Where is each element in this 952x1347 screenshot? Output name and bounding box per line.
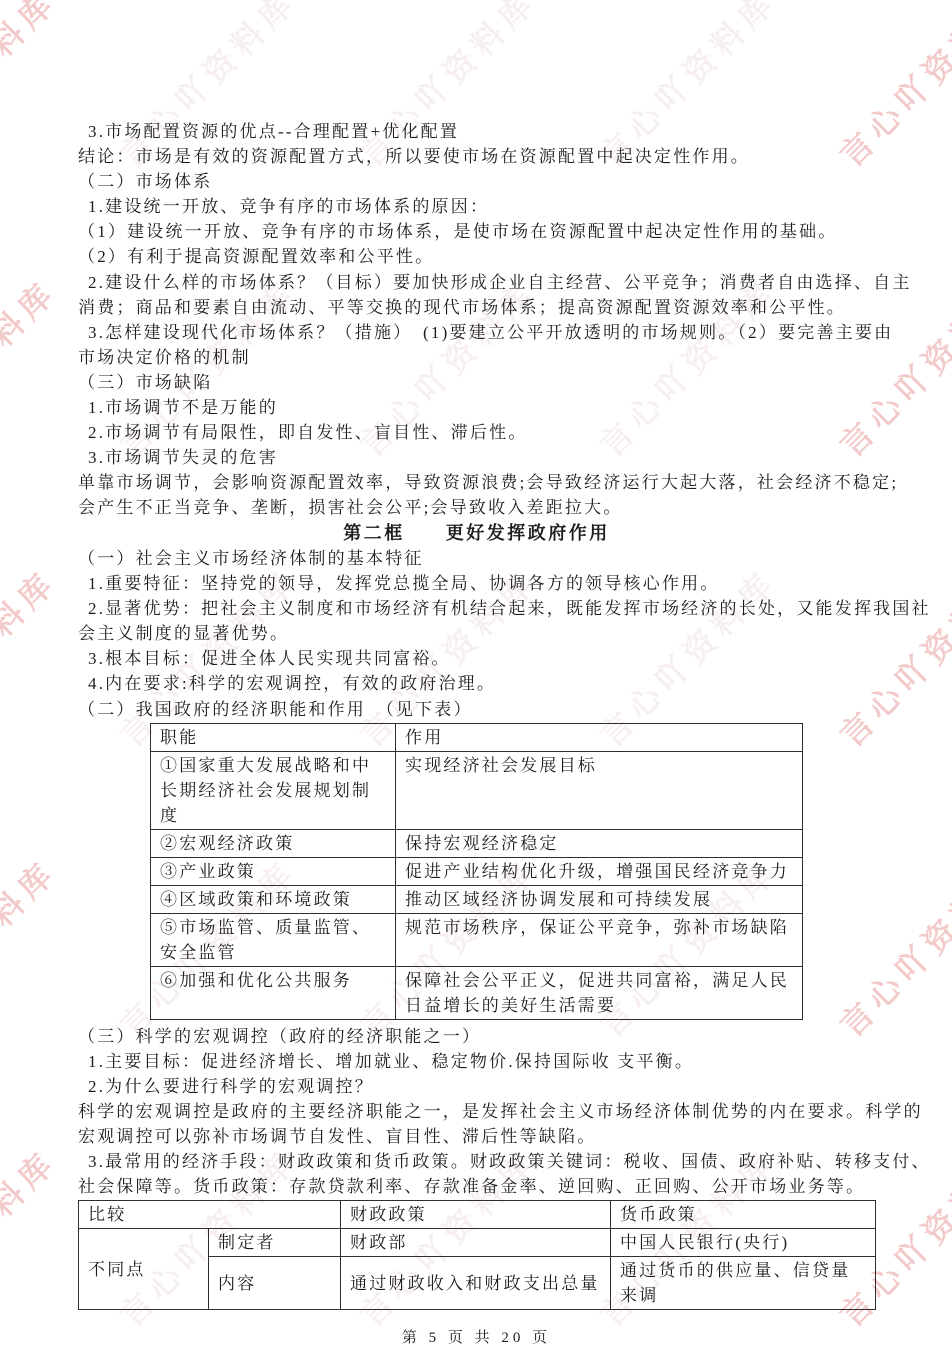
text-line: 1.建设统一开放、竞争有序的市场体系的原因： xyxy=(78,194,875,219)
table-row: ④区域政策和环境政策 推动区域经济协调发展和可持续发展 xyxy=(151,885,803,913)
text-line: 消费；商品和要素自由流动、平等交换的现代市场体系；提高资源配置资源效率和公平性。 xyxy=(78,295,875,320)
table-cell: 财政部 xyxy=(341,1229,611,1257)
table-cell: 促进产业结构优化升级，增强国民经济竞争力 xyxy=(396,857,803,885)
page-number: 第 5 页 共 20 页 xyxy=(78,1326,875,1347)
watermark-text: 言心吖资料库 xyxy=(0,558,66,756)
table-cell: ⑤市场监管、质量监管、安全监管 xyxy=(151,913,396,966)
text-line: 2.建设什么样的市场体系？（目标）要加快形成企业自主经营、公平竞争；消费者自由选… xyxy=(78,270,875,295)
watermark-text: 言心吖资料库 xyxy=(0,1138,66,1336)
gov-functions-table: 职能 作用 ①国家重大发展战略和中长期经济社会发展规划制度 实现经济社会发展目标… xyxy=(150,723,803,1020)
text-line: 市场决定价格的机制 xyxy=(78,345,875,370)
text-line: 单靠市场调节，会影响资源配置效率，导致资源浪费;会导致经济运行大起大落，社会经济… xyxy=(78,470,875,495)
table-cell: 制定者 xyxy=(209,1229,341,1257)
text-line: 宏观调控可以弥补市场调节自发性、盲目性、滞后性等缺陷。 xyxy=(78,1124,875,1149)
table-row: 比较 财政政策 货币政策 xyxy=(79,1201,876,1229)
text-line: （一）社会主义市场经济体制的基本特征 xyxy=(78,546,875,571)
section-heading-frame2: 第二框 更好发挥政府作用 xyxy=(78,521,875,547)
section-government-role: （一）社会主义市场经济体制的基本特征 1.重要特征：坚持党的领导，发挥党总揽全局… xyxy=(78,546,875,722)
section-macro-regulation: （三）科学的宏观调控（政府的经济职能之一） 1.主要目标：促进经济增长、增加就业… xyxy=(78,1024,875,1200)
table-cell: 中国人民银行(央行) xyxy=(611,1229,876,1257)
text-line: 科学的宏观调控是政府的主要经济职能之一，是发挥社会主义市场经济体制优势的内在要求… xyxy=(78,1099,875,1124)
text-line: （1）建设统一开放、竞争有序的市场体系，是使市场在资源配置中起决定性作用的基础。 xyxy=(78,219,875,244)
text-line: （二）市场体系 xyxy=(78,169,875,194)
text-line: 2.为什么要进行科学的宏观调控？ xyxy=(78,1074,875,1099)
text-line: 4.内在要求:科学的宏观调控，有效的政府治理。 xyxy=(78,671,875,696)
text-line: 结论：市场是有效的资源配置方式，所以要使市场在资源配置中起决定性作用。 xyxy=(78,144,875,169)
document-page: 言心吖资料库言心吖资料库言心吖资料库言心吖资料库言心吖资料库言心吖资料库言心吖资… xyxy=(0,0,952,1347)
table-cell: 规范市场秩序，保证公平竞争，弥补市场缺陷 xyxy=(396,913,803,966)
table-cell: 保持宏观经济稳定 xyxy=(396,829,803,857)
table-row: ②宏观经济政策 保持宏观经济稳定 xyxy=(151,829,803,857)
table-cell: 通过货币的供应量、信贷量来调 xyxy=(611,1257,876,1310)
table-cell: 内容 xyxy=(209,1257,341,1310)
table-cell: ①国家重大发展战略和中长期经济社会发展规划制度 xyxy=(151,751,396,829)
table-row: ③产业政策 促进产业结构优化升级，增强国民经济竞争力 xyxy=(151,857,803,885)
text-line: 2.市场调节有局限性，即自发性、盲目性、滞后性。 xyxy=(78,420,875,445)
text-line: 3.怎样建设现代化市场体系？（措施） (1)要建立公平开放透明的市场规则。（2）… xyxy=(78,320,875,345)
text-line: 3.市场调节失灵的危害 xyxy=(78,445,875,470)
table-cell: ②宏观经济政策 xyxy=(151,829,396,857)
table-cell: 不同点 xyxy=(79,1229,209,1310)
text-line: （二）我国政府的经济职能和作用 （见下表） xyxy=(78,697,875,722)
text-line: （三）市场缺陷 xyxy=(78,370,875,395)
table-cell: 作用 xyxy=(396,723,803,751)
text-line: 社会保障等。货币政策：存款贷款利率、存款准备金率、逆回购、正回购、公开市场业务等… xyxy=(78,1174,875,1199)
text-line: （2）有利于提高资源配置效率和公平性。 xyxy=(78,244,875,269)
text-line: 1.重要特征：坚持党的领导，发挥党总揽全局、协调各方的领导核心作用。 xyxy=(78,571,875,596)
table-row: 职能 作用 xyxy=(151,723,803,751)
text-line: （三）科学的宏观调控（政府的经济职能之一） xyxy=(78,1024,875,1049)
table-cell: 职能 xyxy=(151,723,396,751)
watermark-text: 言心吖资料库 xyxy=(0,268,66,466)
watermark-text: 言心吖资料库 xyxy=(0,848,66,1046)
section-market-allocation: 3.市场配置资源的优点--合理配置+优化配置 结论：市场是有效的资源配置方式，所… xyxy=(78,119,875,521)
text-line: 会主义制度的显著优势。 xyxy=(78,621,875,646)
table-cell: 通过财政收入和财政支出总量 xyxy=(341,1257,611,1310)
table-cell: ④区域政策和环境政策 xyxy=(151,885,396,913)
table-cell: 实现经济社会发展目标 xyxy=(396,751,803,829)
table-cell: ③产业政策 xyxy=(151,857,396,885)
text-line: 3.市场配置资源的优点--合理配置+优化配置 xyxy=(78,119,875,144)
text-line: 3.根本目标：促进全体人民实现共同富裕。 xyxy=(78,646,875,671)
text-line: 会产生不正当竞争、垄断，损害社会公平;会导致收入差距拉大。 xyxy=(78,495,875,520)
text-line: 1.主要目标：促进经济增长、增加就业、稳定物价.保持国际收 支平衡。 xyxy=(78,1049,875,1074)
watermark-text: 言心吖资料库 xyxy=(0,0,66,176)
text-line: 3.最常用的经济手段：财政政策和货币政策。财政政策关键词：税收、国债、政府补贴、… xyxy=(78,1149,875,1174)
table-row: ⑥加强和优化公共服务 保障社会公平正义，促进共同富裕，满足人民日益增长的美好生活… xyxy=(151,966,803,1019)
table-cell: 比较 xyxy=(79,1201,341,1229)
table-cell: 推动区域经济协调发展和可持续发展 xyxy=(396,885,803,913)
text-line: 1.市场调节不是万能的 xyxy=(78,395,875,420)
table-row: ①国家重大发展战略和中长期经济社会发展规划制度 实现经济社会发展目标 xyxy=(151,751,803,829)
table-row: ⑤市场监管、质量监管、安全监管 规范市场秩序，保证公平竞争，弥补市场缺陷 xyxy=(151,913,803,966)
document-content: 3.市场配置资源的优点--合理配置+优化配置 结论：市场是有效的资源配置方式，所… xyxy=(78,119,875,1347)
policy-compare-table: 比较 财政政策 货币政策 不同点 制定者 财政部 中国人民银行(央行) 内容 通… xyxy=(78,1200,876,1310)
table-cell: 货币政策 xyxy=(611,1201,876,1229)
table-cell: 保障社会公平正义，促进共同富裕，满足人民日益增长的美好生活需要 xyxy=(396,966,803,1019)
table-cell: ⑥加强和优化公共服务 xyxy=(151,966,396,1019)
text-line: 2.显著优势：把社会主义制度和市场经济有机结合起来，既能发挥市场经济的长处，又能… xyxy=(78,596,875,621)
table-cell: 财政政策 xyxy=(341,1201,611,1229)
table-row: 不同点 制定者 财政部 中国人民银行(央行) xyxy=(79,1229,876,1257)
